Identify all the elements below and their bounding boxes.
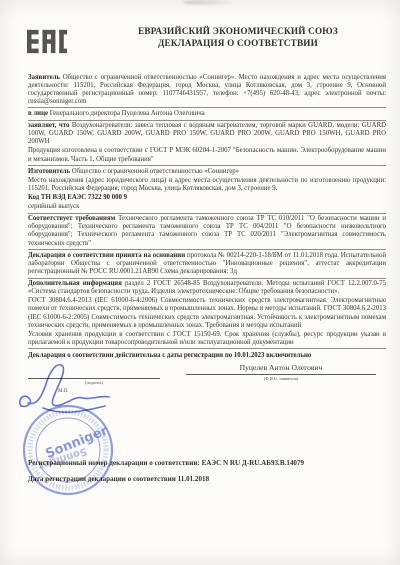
tnved-section: Код ТН ВЭД ЕАЭС 7322 90 000 9 bbox=[28, 194, 386, 203]
declaration-section: заявляет, что Воздухонагреватели: завеса… bbox=[28, 122, 386, 147]
applicant-section: Заявитель Общество с ограниченной ответс… bbox=[28, 73, 386, 108]
signer-name-area: Пуцелев Антон Олегович (Ф.И.О. заявителя… bbox=[186, 363, 386, 397]
declaration-label: заявляет, что bbox=[28, 122, 69, 129]
basis-label: Декларация о соответствии принята на осн… bbox=[28, 252, 185, 259]
tnved-label: Код ТН ВЭД ЕАЭС bbox=[28, 194, 86, 201]
document-header: ЕВРАЗИЙСКИЙ ЭКОНОМИЧЕСКИЙ СОЮЗ ДЕКЛАРАЦИ… bbox=[92, 26, 384, 50]
additional-info-emc: ГОСТ 30804.6.4-2013 (IEC 61000-6-4:2006)… bbox=[28, 297, 386, 330]
declaration-text: Воздухонагреватели: завеса тепловая с во… bbox=[28, 122, 386, 145]
registration-number-value: ЕАЭС N RU Д-RU.АБ93.В.14079 bbox=[202, 459, 304, 467]
requirements-section: Соответствует требованиям Технического р… bbox=[28, 215, 386, 250]
release-type: серийный выпуск bbox=[28, 203, 386, 214]
applicant-label: Заявитель bbox=[28, 74, 60, 81]
manufacturer-text: Общество с ограниченной ответственностью… bbox=[72, 168, 239, 175]
additional-info-storage: Условия хранения продукции в соответстви… bbox=[28, 330, 386, 349]
applicant-text: Общество с ограниченной ответственностью… bbox=[28, 74, 386, 105]
union-title: ЕВРАЗИЙСКИЙ ЭКОНОМИЧЕСКИЙ СОЮЗ bbox=[92, 26, 384, 38]
representative-label: в лице bbox=[28, 110, 48, 117]
validity-label: Декларация о соответствии действительна … bbox=[28, 352, 223, 359]
document-body: Заявитель Общество с ограниченной ответс… bbox=[28, 73, 386, 396]
representative-section: в лице Генерального директора Пуцелева А… bbox=[28, 109, 386, 120]
additional-info-section: Дополнительная информация раздел 2 ГОСТ … bbox=[28, 280, 386, 297]
validity-statement: Декларация о соответствии действительна … bbox=[28, 350, 386, 360]
scan-artifact bbox=[183, 0, 231, 5]
manufacturer-address: Место нахождения (адрес юридического лиц… bbox=[28, 176, 386, 193]
manufacturer-label: Изготовитель bbox=[28, 168, 70, 175]
additional-info-label: Дополнительная информация bbox=[28, 280, 122, 287]
signer-name-caption: (Ф.И.О. заявителя) bbox=[186, 376, 376, 382]
representative-text: Генерального директора Пуцелева Антона О… bbox=[50, 110, 205, 117]
signer-name: Пуцелев Антон Олегович bbox=[186, 363, 376, 372]
basis-section: Декларация о соответствии принята на осн… bbox=[28, 251, 386, 278]
declaration-document: ЕВРАЗИЙСКИЙ ЭКОНОМИЧЕСКИЙ СОЮЗ ДЕКЛАРАЦИ… bbox=[0, 0, 400, 565]
validity-date: по 10.01.2023 включительно bbox=[225, 352, 311, 359]
registration-date-value: 11.01.2018 bbox=[178, 475, 210, 483]
handwritten-signature bbox=[15, 362, 133, 420]
signer-name-line bbox=[186, 374, 376, 375]
tnved-code: 7322 90 000 9 bbox=[88, 194, 127, 201]
requirements-label: Соответствует требованиям bbox=[28, 215, 115, 222]
eac-logo-icon bbox=[27, 23, 67, 60]
document-title: ДЕКЛАРАЦИЯ О СООТВЕТСТВИИ bbox=[92, 38, 384, 50]
manufactured-standard: Продукция изготовлена в соответствии с Г… bbox=[28, 147, 386, 166]
manufacturer-section: Изготовитель Общество с ограниченной отв… bbox=[28, 167, 386, 176]
